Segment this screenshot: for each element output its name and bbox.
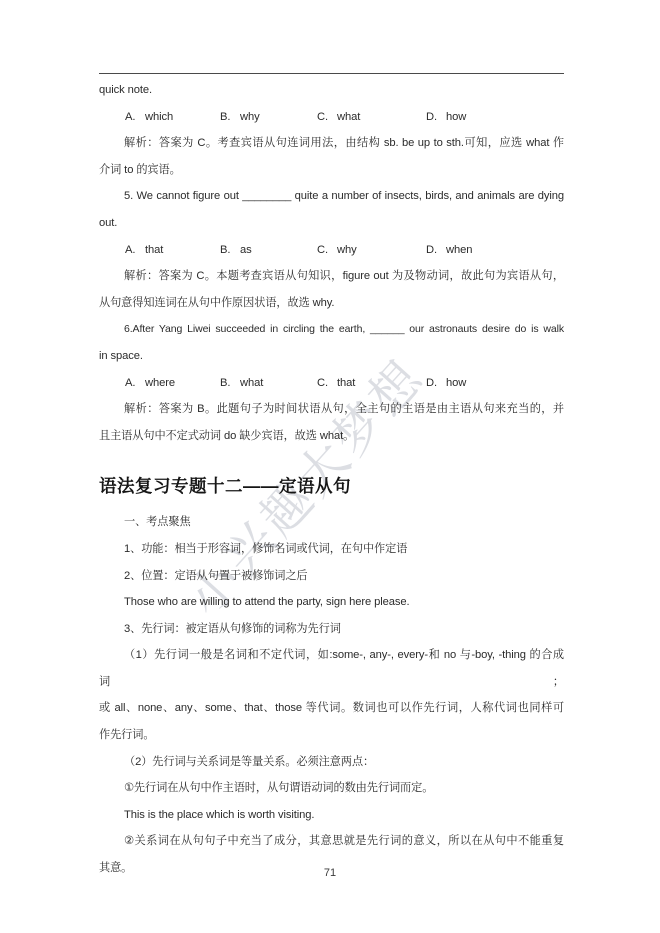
item-3-2: （2）先行词与关系词是等量关系。必须注意两点： xyxy=(99,749,564,776)
question-5-line-2: out. xyxy=(99,210,564,237)
option-letter: B. xyxy=(220,237,240,264)
option-text: how xyxy=(446,377,466,389)
item-3-1-line-1: （1）先行词一般是名词和不定代词，如:some-, any-, every-和 … xyxy=(99,642,564,695)
option-text: how xyxy=(446,111,466,123)
q6-analysis-line-1: 解析：答案为 B。此题句子为时间状语从句，全主句的主语是由主语从句来充当的，并 xyxy=(99,396,564,423)
q4-analysis-line-2: 介词 to 的宾语。 xyxy=(99,157,564,184)
page-number: 71 xyxy=(0,867,660,879)
q4-options-row: A.which B.why C.what D.how xyxy=(99,104,564,131)
q4-option-a: A.which xyxy=(125,104,220,131)
item-3-1-line-3: 作先行词。 xyxy=(99,722,564,749)
option-letter: C. xyxy=(317,237,337,264)
q5-option-a: A.that xyxy=(125,237,220,264)
q4-analysis-line-1: 解析：答案为 C。考查宾语从句连词用法，由结构 sb. be up to sth… xyxy=(99,130,564,157)
q5-analysis-line-2: 从句意得知连词在从句中作原因状语，故选 why. xyxy=(99,290,564,317)
item-3-antecedent: 3、先行词：被定语从句修饰的词称为先行词 xyxy=(99,616,564,643)
item-2-position: 2、位置：定语从句置于被修饰词之后 xyxy=(99,563,564,590)
option-text: that xyxy=(337,377,355,389)
q6-option-c: C.that xyxy=(317,370,426,397)
note-2-line-1: ②关系词在从句句子中充当了成分，其意思就是先行词的意义，所以在从句中不能重复 xyxy=(99,828,564,855)
option-letter: A. xyxy=(125,104,145,131)
q5-analysis-line-1: 解析：答案为 C。本题考查宾语从句知识，figure out 为及物动词，故此句… xyxy=(99,263,564,290)
top-divider xyxy=(99,73,564,74)
option-text: as xyxy=(240,244,252,256)
document-page: 小兴趣大梦想 quick note. A.which B.why C.what … xyxy=(0,0,660,933)
option-letter: A. xyxy=(125,370,145,397)
option-text: which xyxy=(145,111,173,123)
option-letter: B. xyxy=(220,370,240,397)
page-content: quick note. A.which B.why C.what D.how 解… xyxy=(99,0,564,882)
item-3-1-line-2: 或 all、none、any、some、that、those 等代词。数词也可以… xyxy=(99,695,564,722)
question-6-line-2: in space. xyxy=(99,343,564,370)
q5-option-d: D.when xyxy=(426,237,472,264)
example-sentence-1: Those who are willing to attend the part… xyxy=(99,589,564,616)
quick-note-text: quick note. xyxy=(99,77,564,104)
q4-option-b: B.why xyxy=(220,104,317,131)
option-text: when xyxy=(446,244,472,256)
option-text: that xyxy=(145,244,163,256)
q6-option-a: A.where xyxy=(125,370,220,397)
option-letter: C. xyxy=(317,370,337,397)
item-1-function: 1、功能：相当于形容词，修饰名词或代词，在句中作定语 xyxy=(99,536,564,563)
option-text: where xyxy=(145,377,175,389)
option-letter: B. xyxy=(220,104,240,131)
option-text: why xyxy=(337,244,357,256)
example-sentence-2: This is the place which is worth visitin… xyxy=(99,802,564,829)
q5-option-c: C.why xyxy=(317,237,426,264)
option-letter: A. xyxy=(125,237,145,264)
q5-options-row: A.that B.as C.why D.when xyxy=(99,237,564,264)
option-letter: D. xyxy=(426,237,446,264)
option-letter: D. xyxy=(426,104,446,131)
option-letter: C. xyxy=(317,104,337,131)
q6-analysis-line-2: 且主语从句中不定式动词 do 缺少宾语，故选 what。 xyxy=(99,423,564,450)
q6-options-row: A.where B.what C.that D.how xyxy=(99,370,564,397)
q5-option-b: B.as xyxy=(220,237,317,264)
point-focus-heading: 一、考点聚焦 xyxy=(99,509,564,536)
option-letter: D. xyxy=(426,370,446,397)
q6-option-d: D.how xyxy=(426,370,466,397)
option-text: why xyxy=(240,111,260,123)
q4-option-d: D.how xyxy=(426,104,466,131)
option-text: what xyxy=(337,111,360,123)
question-5-line-1: 5. We cannot figure out ________ quite a… xyxy=(99,183,564,210)
section-heading: 语法复习专题十二——定语从句 xyxy=(99,471,564,501)
option-text: what xyxy=(240,377,263,389)
question-6-line-1: 6.After Yang Liwei succeeded in circling… xyxy=(99,316,564,343)
note-1: ①先行词在从句中作主语时，从句谓语动词的数由先行词而定。 xyxy=(99,775,564,802)
q6-option-b: B.what xyxy=(220,370,317,397)
q4-option-c: C.what xyxy=(317,104,426,131)
